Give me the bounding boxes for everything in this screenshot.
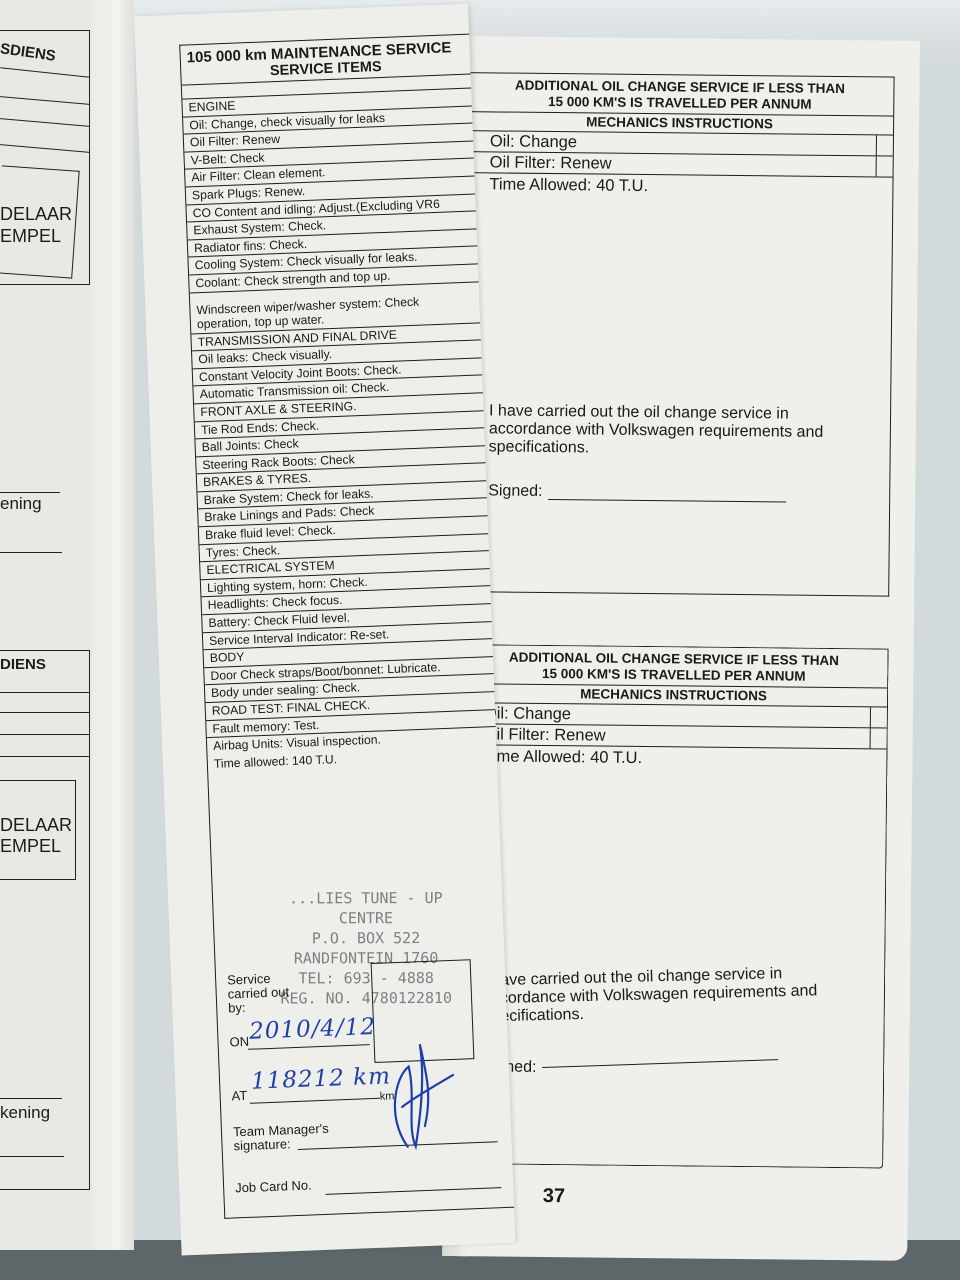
section-heading: ADDITIONAL OIL CHANGE SERVICE IF LESS TH…: [466, 73, 893, 116]
mileage-label: AT: [231, 1089, 247, 1104]
left-box-label: DELAAR: [0, 815, 72, 836]
service-carried-out-label: Service carried out by:: [227, 971, 291, 1015]
service-date[interactable]: 2010/4/12: [249, 1014, 377, 1045]
oil-change-section-2: ADDITIONAL OIL CHANGE SERVICE IF LESS TH…: [455, 644, 888, 1168]
left-rule: [0, 756, 90, 757]
left-box-label: EMPEL: [0, 226, 61, 247]
instruction-text: Oil Filter: Renew: [490, 153, 612, 172]
checkbox-column[interactable]: [870, 728, 871, 748]
left-rule: [0, 692, 90, 693]
page-37: ADDITIONAL OIL CHANGE SERVICE IF LESS TH…: [442, 36, 920, 1261]
book-spine: [92, 0, 134, 1250]
service-items-list: ENGINEOil: Change, check visually for le…: [182, 89, 496, 755]
oil-change-section-1: ADDITIONAL OIL CHANGE SERVICE IF LESS TH…: [461, 72, 894, 596]
time-allowed: Time Allowed: 40 T.U.: [459, 745, 886, 771]
left-rule: [0, 734, 90, 735]
time-allowed: Time Allowed: 40 T.U.: [465, 173, 892, 199]
section-heading: ADDITIONAL OIL CHANGE SERVICE IF LESS TH…: [460, 645, 887, 688]
page-number: 37: [543, 1185, 565, 1208]
declaration-text: I have carried out the oil change servic…: [489, 402, 840, 460]
service-mileage[interactable]: 118212 km: [251, 1063, 392, 1094]
signed-label: Signed:: [488, 482, 542, 501]
handwritten-signature: [374, 1035, 459, 1158]
declaration-text: I have carried out the oil change servic…: [482, 964, 833, 1027]
instruction-text: Oil Filter: Renew: [484, 725, 606, 744]
instruction-text: Oil: Change: [484, 704, 571, 723]
instruction-row: Oil Filter: Renew: [466, 152, 893, 177]
left-rule: [0, 712, 90, 713]
instruction-text: Oil: Change: [490, 132, 577, 151]
stamp-line: P.O. BOX 522: [266, 928, 466, 949]
left-footer-word: ening: [0, 494, 42, 514]
date-label: ON: [229, 1035, 249, 1050]
job-card-label: Job Card No.: [235, 1178, 312, 1195]
stamp-line: ...LIES TUNE - UP CENTRE: [266, 888, 466, 929]
instruction-row: Oil Filter: Renew: [460, 724, 887, 749]
left-box-label: EMPEL: [0, 836, 61, 857]
left-box-label: DELAAR: [0, 204, 72, 225]
checkbox-column[interactable]: [876, 135, 877, 155]
maintenance-service-page: 105 000 km MAINTENANCE SERVICE SERVICE I…: [134, 4, 515, 1256]
checkbox-column[interactable]: [870, 707, 871, 727]
left-header-bottom: DIENS: [0, 656, 46, 673]
left-footer-word: kening: [0, 1103, 50, 1123]
left-rule: [0, 1156, 64, 1157]
left-rule: [0, 492, 60, 493]
checkbox-column[interactable]: [876, 156, 877, 176]
left-rule: [0, 1098, 62, 1099]
left-rule: [0, 552, 62, 553]
